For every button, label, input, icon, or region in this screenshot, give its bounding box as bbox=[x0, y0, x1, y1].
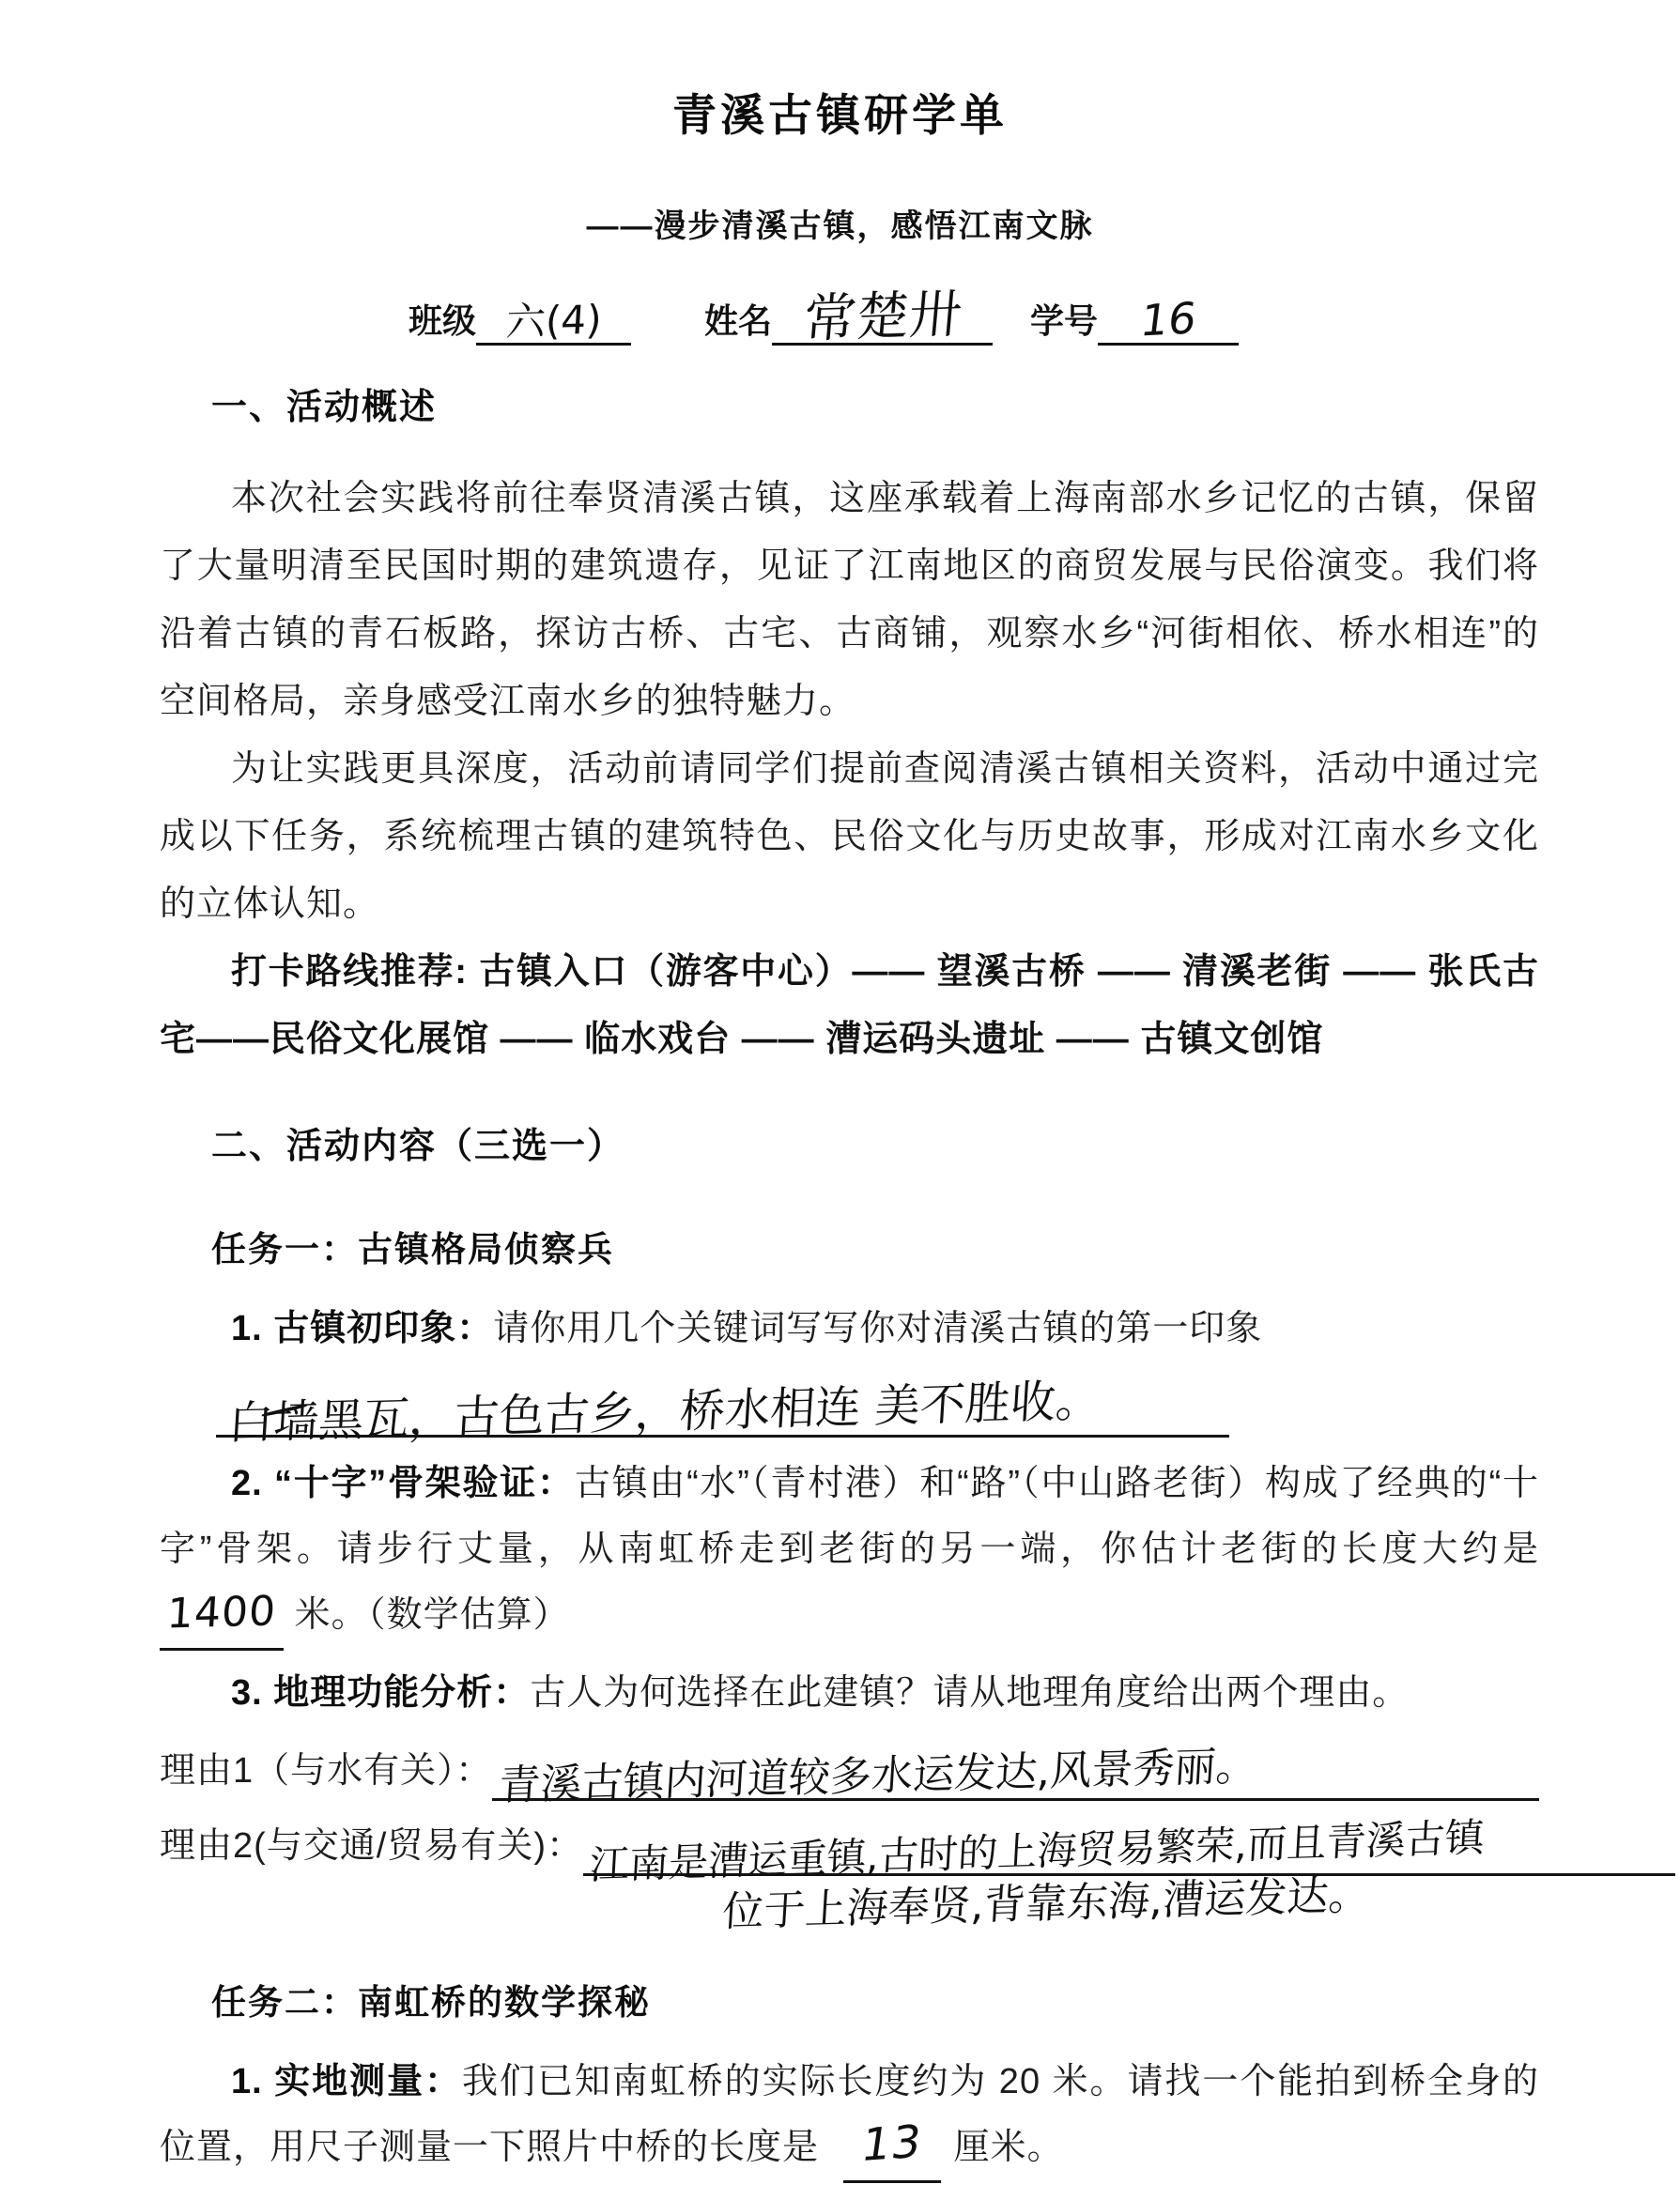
task1-q1-number: 1. bbox=[231, 1309, 263, 1348]
task1-q3-reason2-continuation: 位于上海奉贤,背靠东海,漕运发达。 bbox=[723, 1882, 1539, 1927]
name-label: 姓名 bbox=[704, 297, 772, 346]
task1-heading: 任务一：古镇格局侦察兵 bbox=[211, 1221, 1539, 1271]
task1-question2: 2. “十字”骨架验证：古镇由“水”（青村港）和“路”（中山路老街）构成了经典的… bbox=[160, 1451, 1539, 1651]
task1-question1: 1. 古镇初印象：请你用几个关键词写写你对清溪古镇的第一印象 bbox=[160, 1296, 1539, 1362]
student-info-row: 班级六(4)姓名常楚卅学号16 bbox=[408, 297, 1680, 346]
route-recommendation: 打卡路线推荐: 古镇入口（游客中心）—— 望溪古桥 —— 清溪老街 —— 张氏古… bbox=[160, 938, 1539, 1073]
task1-q3-reason2-row: 理由2(与交通/贸易有关)： 江南是漕运重镇,古时的上海贸易繁荣,而且青溪古镇 bbox=[160, 1808, 1675, 1876]
task2-q1-number: 1. bbox=[231, 2062, 263, 2101]
student-number-label: 学号 bbox=[1030, 297, 1098, 346]
reason1-answer-blank: 青溪古镇内河道较多水运发达,风景秀丽。 bbox=[492, 1757, 1539, 1801]
task2-question1: 1. 实地测量：我们已知南虹桥的实际长度约为 20 米。请找一个能拍到桥全身的位… bbox=[160, 2049, 1539, 2183]
section-heading-content: 二、活动内容（三选一） bbox=[211, 1116, 1539, 1168]
task1-q3-text: 古人为何选择在此建镇？请从地理角度给出两个理由。 bbox=[530, 1673, 1409, 1713]
name-handwritten-value: 常楚卅 bbox=[801, 294, 963, 341]
overview-paragraph-2: 为让实践更具深度，活动前请同学们提前查阅清溪古镇相关资料，活动中通过完成以下任务… bbox=[160, 735, 1539, 938]
task1-q2-text-after: 米。（数学估算） bbox=[295, 1595, 570, 1635]
task1-q2-answer-blank: 1400 bbox=[160, 1582, 284, 1651]
class-blank: 六(4) bbox=[476, 302, 631, 346]
task1-question3: 3. 地理功能分析：古人为何选择在此建镇？请从地理角度给出两个理由。 bbox=[160, 1660, 1539, 1726]
student-number-blank: 16 bbox=[1098, 300, 1239, 346]
document-body: 一、活动概述 本次社会实践将前往奉贤清溪古镇，这座承载着上海南部水乡记忆的古镇，… bbox=[0, 377, 1680, 2183]
reason1-label: 理由1（与水有关）： bbox=[160, 1741, 492, 1801]
task1-q1-lead: 古镇初印象： bbox=[273, 1309, 493, 1348]
task2-q1-answer-blank: 13 bbox=[843, 2115, 941, 2183]
page-title: 青溪古镇研学单 bbox=[0, 81, 1680, 144]
worksheet-page: 青溪古镇研学单 ——漫步清溪古镇，感悟江南文脉 班级六(4)姓名常楚卅学号16 … bbox=[0, 0, 1680, 2200]
class-label: 班级 bbox=[408, 297, 476, 346]
class-handwritten-value: 六(4) bbox=[504, 301, 602, 342]
task1-q1-answer-line: 白墙黑瓦，古色古乡，桥水相连 美不胜收。 bbox=[216, 1365, 1229, 1438]
overview-paragraph-1: 本次社会实践将前往奉贤清溪古镇，这座承载着上海南部水乡记忆的古镇，保留了大量明清… bbox=[160, 465, 1539, 735]
task1-q2-handwritten-answer: 1400 bbox=[166, 1592, 278, 1633]
task2-q1-handwritten-answer: 13 bbox=[859, 2122, 925, 2165]
task1-q1-handwritten-answer: 白墙黑瓦，古色古乡，桥水相连 美不胜收。 bbox=[227, 1380, 1102, 1444]
task1-q3-reason1-row: 理由1（与水有关）： 青溪古镇内河道较多水运发达,风景秀丽。 bbox=[160, 1733, 1539, 1801]
task1-q3-lead: 地理功能分析： bbox=[273, 1673, 530, 1713]
name-blank: 常楚卅 bbox=[772, 297, 993, 346]
task1-q1-text: 请你用几个关键词写写你对清溪古镇的第一印象 bbox=[493, 1309, 1262, 1348]
page-subtitle: ——漫步清溪古镇，感悟江南文脉 bbox=[0, 200, 1680, 246]
task2-q1-text-after: 厘米。 bbox=[954, 2128, 1064, 2167]
student-number-handwritten-value: 16 bbox=[1138, 299, 1198, 339]
task1-q3-number: 3. bbox=[231, 1673, 263, 1713]
reason2-handwritten-answer-line2: 位于上海奉贤,背靠东海,漕运发达。 bbox=[721, 1873, 1371, 1935]
reason2-answer-blank: 江南是漕运重镇,古时的上海贸易繁荣,而且青溪古镇 bbox=[583, 1832, 1675, 1876]
task1-q2-lead: “十字”骨架验证： bbox=[274, 1464, 575, 1503]
reason2-label: 理由2(与交通/贸易有关)： bbox=[160, 1816, 583, 1876]
task2-heading: 任务二：南虹桥的数学探秘 bbox=[211, 1974, 1539, 2024]
task2-q1-lead: 实地测量： bbox=[274, 2062, 462, 2101]
section-heading-overview: 一、活动概述 bbox=[211, 377, 1539, 429]
reason1-handwritten-answer: 青溪古镇内河道较多水运发达,风景秀丽。 bbox=[498, 1746, 1258, 1806]
task1-q2-number: 2. bbox=[231, 1464, 263, 1503]
